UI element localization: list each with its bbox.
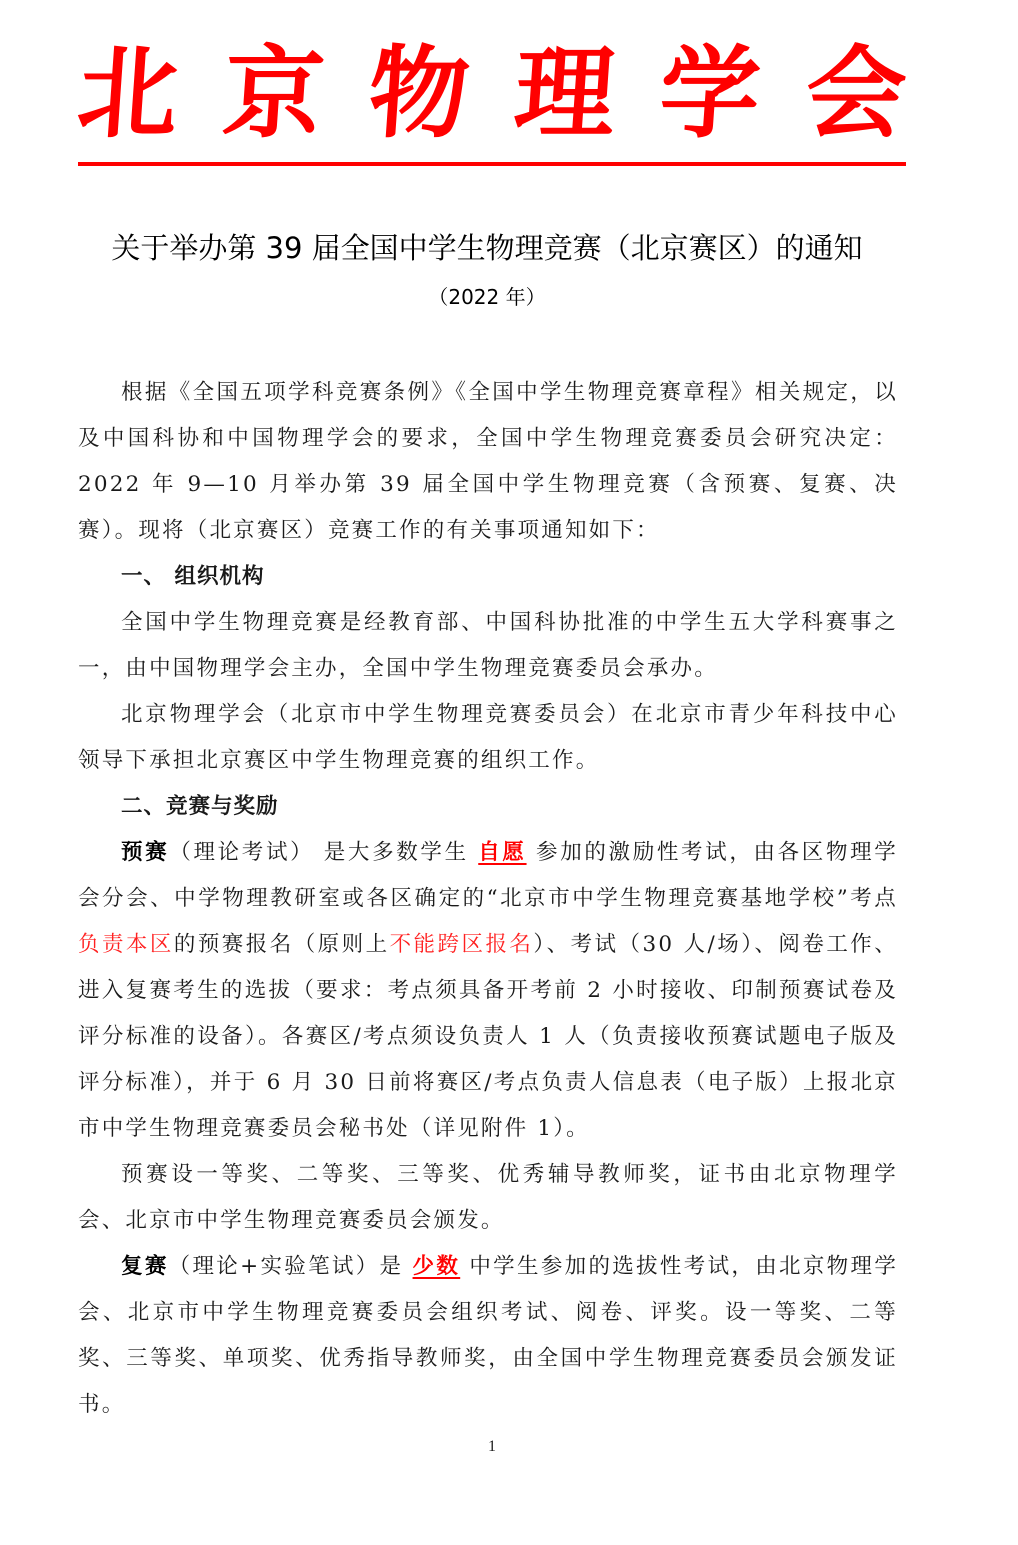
section-heading-competition-awards: 二、竞赛与奖励 bbox=[78, 784, 898, 830]
prelim-emphasis-voluntary: 自愿 bbox=[478, 840, 526, 865]
prelim-text-3: 的预赛报名（原则上 bbox=[174, 932, 390, 957]
letterhead-char: 理 bbox=[511, 38, 619, 148]
prelim-red-own-district: 负责本区 bbox=[78, 932, 174, 957]
semifinal-label: 复赛 bbox=[121, 1254, 169, 1279]
section-heading-organization: 一、 组织机构 bbox=[78, 554, 898, 600]
letterhead-char: 北 bbox=[74, 38, 182, 148]
semifinal-paragraph: 复赛（理论+实验笔试）是 少数 中学生参加的选拔性考试，由北京物理学会、北京市中… bbox=[78, 1244, 898, 1428]
letterhead: 北 京 物 理 学 会 bbox=[78, 38, 906, 148]
document-title: 关于举办第 39 届全国中学生物理竞赛（北京赛区）的通知 bbox=[0, 228, 974, 268]
page-number: 1 bbox=[0, 1438, 984, 1456]
prelim-paragraph: 预赛（理论考试） 是大多数学生 自愿 参加的激励性考试，由各区物理学会分会、中学… bbox=[78, 830, 898, 1152]
prelim-text-1: （理论考试） 是大多数学生 bbox=[169, 840, 478, 865]
prelim-red-no-cross-district: 不能跨区报名 bbox=[390, 932, 534, 957]
prelim-label: 预赛 bbox=[121, 840, 169, 865]
prelim-text-4: ）、考试（30 人/场）、阅卷工作、进入复赛考生的选拔（要求：考点须具备开考前 … bbox=[78, 932, 898, 1141]
document-subtitle: （2022 年） bbox=[0, 282, 974, 312]
organization-paragraph-2: 北京物理学会（北京市中学生物理竞赛委员会）在北京市青少年科技中心领导下承担北京赛… bbox=[78, 692, 898, 784]
letterhead-char: 会 bbox=[802, 38, 910, 148]
document-body: 根据《全国五项学科竞赛条例》《全国中学生物理竞赛章程》相关规定，以及中国科协和中… bbox=[78, 370, 898, 1428]
letterhead-char: 京 bbox=[220, 38, 328, 148]
prelim-awards-paragraph: 预赛设一等奖、二等奖、三等奖、优秀辅导教师奖，证书由北京物理学会、北京市中学生物… bbox=[78, 1152, 898, 1244]
letterhead-char: 学 bbox=[657, 38, 765, 148]
letterhead-rule bbox=[78, 162, 906, 166]
intro-paragraph: 根据《全国五项学科竞赛条例》《全国中学生物理竞赛章程》相关规定，以及中国科协和中… bbox=[78, 370, 898, 554]
semifinal-emphasis-few: 少数 bbox=[413, 1254, 461, 1279]
semifinal-text-1: （理论+实验笔试）是 bbox=[169, 1254, 413, 1279]
organization-paragraph-1: 全国中学生物理竞赛是经教育部、中国科协批准的中学生五大学科赛事之一，由中国物理学… bbox=[78, 600, 898, 692]
letterhead-char: 物 bbox=[365, 38, 473, 148]
